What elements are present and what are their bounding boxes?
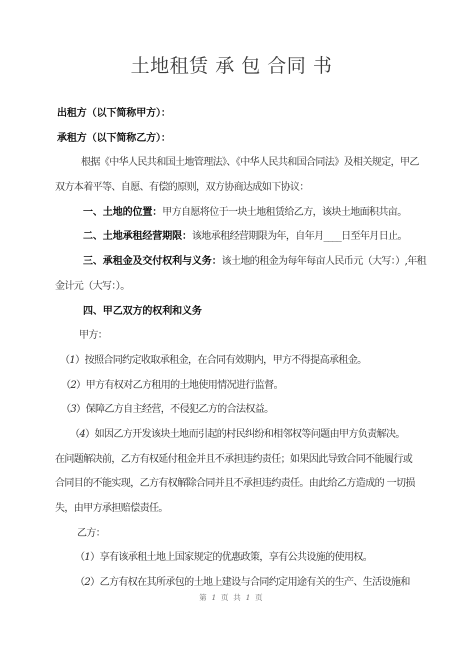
text-segment: 页 共 (217, 593, 245, 602)
text-line: （4）如因乙方开发该块土地而引起的村民纠纷和相邻权等问题由甲方负责解决。 (55, 423, 425, 448)
text-segment: （ (61, 404, 70, 415)
text-segment: 该地承租经营期限为年，自年月____日至年月日止。 (192, 231, 407, 242)
text-line: 双方本着平等、自愿、有偿的原则，双方协商达成如下协议： (55, 176, 425, 201)
text-line: 失，由甲方承担赔偿责任。 (55, 497, 425, 522)
document-page: 土地租赁 承 包 合同 书 出租方（以下简称甲方）：承租方（以下简称乙方）：根据… (0, 0, 463, 655)
text-segment: ）享有该承租土地上国家规定的优惠政策，享有公共设施的使用权。 (90, 552, 372, 563)
text-segment: 乙方： (77, 528, 105, 539)
text-segment: 在问题解决前，乙方有权延付租金并且不承担违约责任；如果因此导致合同不能履行或 (55, 454, 412, 465)
text-line: 出租方（以下简称甲方）： (55, 102, 425, 127)
text-line: 乙方： (55, 522, 425, 547)
text-segment: 甲方： (79, 330, 107, 341)
text-segment: 合同目的不能实现，乙方有权解除合同并且不承担违约责任。由此给乙方造成的 一切损 (55, 478, 415, 489)
text-segment: 根据《中华人民共和国土地管理法》、《中华人民共和国合同法》及相关规定，甲乙 (81, 157, 419, 168)
text-segment: 失，由甲方承担赔偿责任。 (55, 503, 168, 514)
bold-text-segment: 承租方（以下简称乙方）： (57, 133, 171, 144)
text-line: 金计元（大写：）。 (55, 275, 425, 300)
text-line: （1）按照合同约定收取承租金，在合同有效期内，甲方不得提高承租金。 (55, 349, 425, 374)
text-line: （2）甲方有权对乙方租用的土地使用情况进行监督。 (55, 374, 425, 399)
text-line: 三、承租金及交付权利与义务：该土地的租金为每年每亩人民币元（大写：）,年租 (55, 250, 425, 275)
text-segment: 第 (199, 593, 211, 602)
text-segment: ）按照合同约定收取承租金，在合同有效期内，甲方不得提高承租金。 (75, 355, 366, 366)
text-line: （1）享有该承租土地上国家规定的优惠政策，享有公共设施的使用权。 (55, 546, 425, 571)
text-line: 四、甲乙双方的权利和义务 (55, 300, 425, 325)
page-footer: 第 1 页 共 1 页 (0, 593, 463, 603)
text-line: 承租方（以下简称乙方）： (55, 127, 425, 152)
text-segment: ）如因乙方开发该块土地而引起的村民纠纷和相邻权等问题由甲方负责解决。 (85, 429, 405, 440)
bold-text-segment: 四、甲乙双方的权利和义务 (83, 306, 202, 317)
text-line: （3）保障乙方自主经营，不侵犯乙方的合法权益。 (55, 398, 425, 423)
document-title: 土地租赁 承 包 合同 书 (0, 51, 463, 78)
text-line: 根据《中华人民共和国土地管理法》、《中华人民共和国合同法》及相关规定，甲乙 (55, 151, 425, 176)
text-segment: （ (75, 552, 84, 563)
text-segment: ）乙方有权在其所承包的土地上建设与合同约定用途有关的生产、生活设施和 (90, 577, 410, 588)
bold-text-segment: 三、承租金及交付权利与义务： (83, 256, 222, 267)
text-segment: （ (61, 380, 70, 391)
text-line: 在问题解决前，乙方有权延付租金并且不承担违约责任；如果因此导致合同不能履行或 (55, 448, 425, 473)
document-content: 出租方（以下简称甲方）：承租方（以下简称乙方）：根据《中华人民共和国土地管理法》… (55, 102, 425, 596)
text-line: 二、土地承租经营期限：该地承租经营期限为年，自年月____日至年月日止。 (55, 225, 425, 250)
bold-text-segment: 出租方（以下简称甲方）： (57, 108, 171, 119)
text-line: 甲方： (55, 324, 425, 349)
text-segment: ）保障乙方自主经营，不侵犯乙方的合法权益。 (76, 404, 273, 415)
bold-text-segment: 二、土地承租经营期限： (83, 231, 192, 242)
text-segment: （ (60, 355, 69, 366)
text-line: 合同目的不能实现，乙方有权解除合同并且不承担违约责任。由此给乙方造成的 一切损 (55, 472, 425, 497)
text-segment: 甲方自愿将位于一块土地租赁给乙方，该块土地面积共亩。 (162, 207, 406, 218)
bold-text-segment: 一、土地的位置： (83, 207, 162, 218)
text-segment: （ (70, 429, 79, 440)
text-line: 一、土地的位置：甲方自愿将位于一块土地租赁给乙方，该块土地面积共亩。 (55, 201, 425, 226)
text-segment: 双方本着平等、自愿、有偿的原则，双方协商达成如下协议： (55, 182, 309, 193)
text-segment: 页 (252, 593, 264, 602)
text-segment: 该土地的租金为每年每亩人民币元（大写：）,年租 (222, 256, 426, 267)
text-segment: ）甲方有权对乙方租用的土地使用情况进行监督。 (76, 380, 283, 391)
text-segment: （ (75, 577, 84, 588)
text-segment: 金计元（大写：）。 (55, 281, 130, 292)
